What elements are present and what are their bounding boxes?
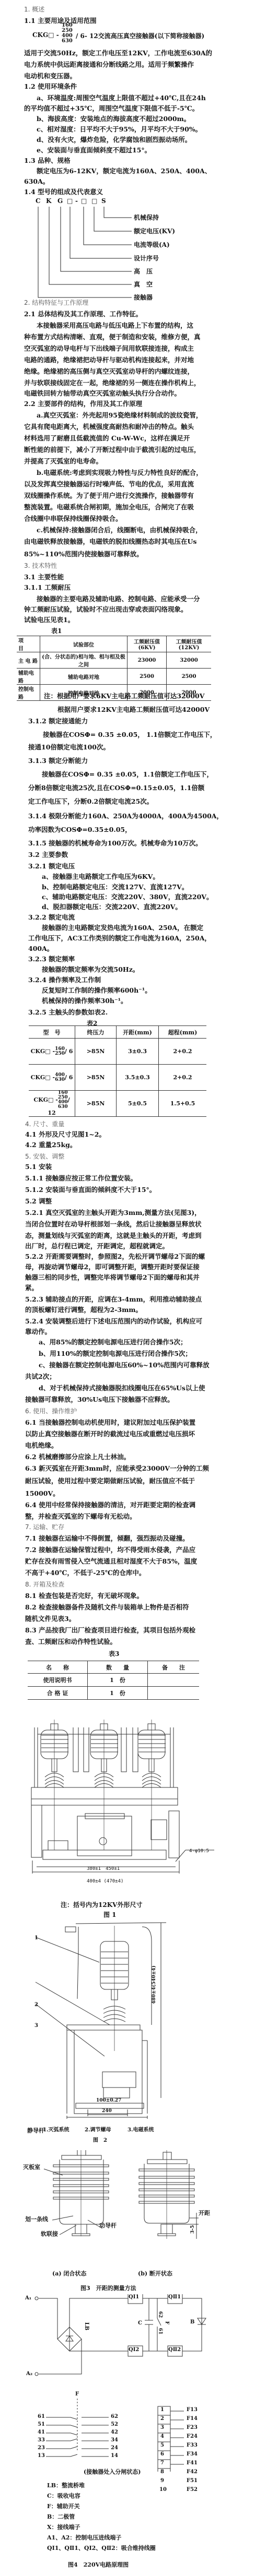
table-cell: 23000 xyxy=(128,652,167,669)
table-header: 名 称 xyxy=(28,1661,88,1674)
table-header: 工频耐压值(6KV) xyxy=(128,636,167,652)
terminal-label: F24 xyxy=(187,2434,198,2439)
node-q21: QⅡ1 xyxy=(168,2294,181,2300)
terminal-number: 1 xyxy=(160,2407,164,2413)
dimension-label: 240 xyxy=(102,2108,112,2114)
paragraph-line: 以防止真空接触器在断开时的截流过电压或重燃过电压损坏 xyxy=(25,1430,195,1438)
figure-2-label: 2 xyxy=(34,2002,38,2008)
terminal-label: F14 xyxy=(187,2416,198,2422)
node-q22: QⅡ2 xyxy=(168,2347,181,2353)
table-header: 数 量 xyxy=(88,1661,148,1674)
paragraph-line: 随机文件见表3。 xyxy=(25,1615,75,1623)
dimension-label: 4-φ10.5 xyxy=(189,1848,209,1854)
paragraph-line: 接通10倍额定电流100次。 xyxy=(28,743,110,752)
section-3-2-5-title: 3.2.5 主触头的参数如表2. xyxy=(28,1008,108,1017)
table-row: CKG□ -400630/ 6 >85N 3.5±0.3 2+0.2 xyxy=(29,1065,206,1091)
paragraph-line: 8.3 产品按我厂出厂检查项目进行检查，其项目包括外观检 xyxy=(25,1626,195,1635)
table-row: CKG□ -160250400630/ 12 >85N 5±0.5 1.5+0.… xyxy=(29,1091,206,1117)
dimension-label: 380±1 450±1 xyxy=(87,1865,120,1871)
test-item: 共试2次； xyxy=(25,1373,56,1381)
contact-label: 24 xyxy=(111,2445,118,2451)
paragraph-line: 3.1.5 接触器的机械寿命为100万次。机械寿命为10万次。 xyxy=(28,839,202,848)
paragraph-line: 6.1 当接触器控制电动机使用时，建议附加过电压保护装置 xyxy=(25,1418,195,1427)
test-item: c、接触器在额定控制电源电压60%~10%范围内可靠释放 xyxy=(39,1361,210,1369)
table1: 项 目 试验部位 工频耐压值(6KV) 工频耐压值(12KV) 主 电 路 (合… xyxy=(17,636,211,701)
code-label: 设计序号 xyxy=(134,254,159,263)
paragraph-line: d、脱扣器额定电压：交流220V、直流220V。 xyxy=(42,903,182,911)
section-3-1-2-title: 3.1.2 额定接通能力 xyxy=(28,717,88,725)
paragraph-line: 7.2 接触器在运输保管过程中，均不得受雨水侵袭，产品应 xyxy=(25,1546,195,1554)
terminal-label: F34 xyxy=(187,2451,198,2457)
figure-2-legend: 3.电磁系统 xyxy=(128,2125,154,2133)
node-lb: LB xyxy=(84,2322,89,2330)
terminal-number: 8 xyxy=(160,2469,164,2475)
voltage: 6 xyxy=(69,1074,73,1081)
table-cell: 主 电 路 xyxy=(17,652,40,669)
table-cell: 2500 xyxy=(128,669,167,685)
paragraph-line: 5.1.1 接触器应按正常工作位置安装。 xyxy=(25,1174,137,1183)
terminal-number: 4 xyxy=(160,2434,164,2439)
paragraph-line: 5.2.1 真空灭弧室的主触头开距为3mm,测量方法(见图3)， xyxy=(25,1209,201,1217)
code-label: 额定电压(KV) xyxy=(134,226,175,235)
contact-label: 34 xyxy=(111,2437,118,2443)
contact-label: 23 xyxy=(38,2445,45,2451)
table-cell: 3±0.3 xyxy=(117,1039,159,1065)
figure-3-subcaption: (a) 闭合状态 xyxy=(52,2269,86,2277)
table-header: 开距(mm) xyxy=(117,1026,159,1039)
figure-3-label: 划一条线 xyxy=(25,2215,48,2223)
figure-4-state: (接触器处入分闸状态) xyxy=(84,2467,141,2476)
current: 630 xyxy=(55,1077,65,1082)
paragraph-line: 断性能的前提下，减小了开断过程中由于截流引起的过电压， xyxy=(24,446,201,454)
spec-line: 630A。 xyxy=(24,177,49,186)
dimension-label: 480±4(540±4) xyxy=(152,1965,157,2004)
paragraph-line: 由电磁铁释放接触器，电磁铁的脱扣线圈热态时其电压在Us xyxy=(24,538,196,546)
terminal-label: F23 xyxy=(187,2425,198,2430)
paragraph-line: 并与软联接线固定在一起，绝缘裙的另一侧连在操作机构上， xyxy=(24,379,201,387)
paragraph-line: 15000V。 xyxy=(25,1489,60,1498)
paragraph-line: 机械保持的操作频率30h⁻¹。 xyxy=(42,997,128,1005)
paragraph-line: 5.2.4 安装调整后进行下述电压范围内的动作试验，机构应可 xyxy=(25,1317,202,1326)
table2: 型 号 终压力 开距(mm) 超程(mm) CKG□ -160250/ 6 >8… xyxy=(29,1025,206,1117)
terminal-number: 7 xyxy=(160,2460,164,2466)
table3-caption: 表3 xyxy=(109,1649,119,1658)
paragraph-line: 的顶板螺钉进行调整，超程为2-3mm。 xyxy=(25,1306,142,1314)
contact-label: 33 xyxy=(38,2437,45,2443)
paragraph-line: 电磁铁回转方轴带动真空灭弧室动触头执行分合动作。 xyxy=(24,389,181,398)
section-5-title: 5. 安装、调整 xyxy=(25,1152,64,1161)
table-cell: >85N xyxy=(75,1039,117,1065)
paragraph-line: 紧。 xyxy=(25,1284,38,1292)
table-cell: 32000 xyxy=(167,652,212,669)
section-3-1-3-title: 3.1.3 额定分断能力 xyxy=(28,757,88,765)
paragraph-line: 8.1 检查包装是否完好，有无破坏现象。 xyxy=(25,1592,143,1600)
paragraph-line: 功率因数为COSΦ=0.35±0.05， xyxy=(28,826,132,834)
paragraph-line: 母，再旋动调节螺母2，即可调整开距，调整开距时要保证接 xyxy=(25,1263,200,1271)
paragraph-line: 态，测量划线与灭弧室的距离，这就是主触头的开距，考虑到 xyxy=(25,1232,202,1240)
terminal-number: 10 xyxy=(159,2487,167,2492)
table-cell: 3.5±0.3 xyxy=(117,1065,159,1091)
contact-label: 42 xyxy=(111,2429,118,2435)
code-label: 电流等级(A) xyxy=(134,240,170,249)
current: 250 xyxy=(55,1051,65,1056)
figure-3-label: 3-5 xyxy=(190,2225,195,2234)
table-cell: 2500 xyxy=(167,669,212,685)
section-7-title: 7. 运输、贮存 xyxy=(25,1523,64,1531)
legend-item: B：二极管 xyxy=(47,2512,75,2521)
section-3-2-1-title: 3.2.1 额定电压 xyxy=(28,862,75,870)
figure-2-legend: 2.调节螺母 xyxy=(85,2125,111,2133)
env-line: 的平均值不超过+35℃，周围空气温度下限值不低于-5℃。 xyxy=(24,104,199,113)
figure-4-caption: 图4 220V电路原理图 xyxy=(68,2560,129,2569)
paragraph-line: 钟工频耐压试验，试验时不应出现击穿或表面闪络现象。 xyxy=(24,605,188,614)
paragraph-line: 材料选用了耐磨且低截流值的 Cu-W-Wc，这样在满足开 xyxy=(24,434,190,443)
contact-label: 14 xyxy=(111,2453,118,2459)
model-current: 630 xyxy=(62,39,73,44)
model-suffix: / 6- 12交流高压真空接触器(以下简称接触器) xyxy=(76,31,204,40)
paragraph-line: 85%~110%范围内使接触器可靠释放。 xyxy=(24,550,143,558)
table-header: 终压力 xyxy=(75,1026,117,1039)
code-leader-lines xyxy=(0,198,255,303)
contact-label: 41 xyxy=(38,2429,45,2435)
table-row: CKG□ -160250/ 6 >85N 3±0.3 2+0.2 xyxy=(29,1039,206,1065)
figure-2-caption: 图 2 xyxy=(93,2136,107,2143)
paragraph-line: 贮存在没有雨雪侵入空气流通且相对湿度不大于85%，温度 xyxy=(25,1557,197,1566)
paragraph-line: 接触器的额定频率为交流50Hz。 xyxy=(42,965,139,974)
section-1-1-title: 1.1 主要用途及适用范围 xyxy=(24,17,97,25)
env-line: a、环境温度:周围空气温度上限值不超过+40℃,且在24h xyxy=(37,94,206,102)
paragraph-line: 3.1.4 极限分断能力160A、250A为4000A，400A为4500A， xyxy=(28,812,223,820)
section-1-title: 1. 概述 xyxy=(24,5,44,14)
table-row: 合 格 证 1 份 xyxy=(28,1687,199,1700)
node-b: B xyxy=(190,2319,194,2325)
table-header: 工频耐压值(12KV) xyxy=(167,636,212,652)
paragraph-line: 不高于+40℃，不低于-25℃的仓库中。 xyxy=(25,1569,145,1577)
paragraph-line: 电路的通路，绝缘裙把动导杆与驱动机构连接起来，并对地 xyxy=(24,356,194,364)
terminal-label: F13 xyxy=(187,2407,198,2413)
paragraph-line: 电力系统中供远距离接通和分断线路之用。适用于频繁操作 xyxy=(24,61,194,69)
figure-3-label: 动导杆 xyxy=(99,2221,117,2229)
paragraph-line: 它具有爬电距离大，机械强度高耐热和耐冲击的特点。触头 xyxy=(24,423,194,431)
paragraph-line: 接触器在COSΦ= 0.35 ±0.05， 1.1倍额定工作电压下， xyxy=(43,731,216,739)
paragraph-line: 电动机和变压器。 xyxy=(24,72,76,80)
paragraph-line: 5.2.2 开距需要调整时，参照图2，先松开调节螺母2下面的螺 xyxy=(25,1253,205,1261)
table-cell: 2+0.2 xyxy=(159,1039,207,1065)
paragraph-line: b、控制电路额定电压：交流127V、直流127V。 xyxy=(42,883,188,891)
figure-3-caption: 图3 开距的测量方法 xyxy=(80,2284,136,2292)
terminal-number: 6 xyxy=(160,2451,164,2457)
node-q12: QⅠ2 xyxy=(129,2347,139,2353)
table-cell: 1 份 xyxy=(88,1674,148,1687)
table-header: 试验部位 xyxy=(40,636,128,652)
section-3-2-3-title: 3.2.3 额定频率 xyxy=(28,955,75,963)
paragraph-line: 绝缘。绝缘裙的高压侧与真空灭弧室动导杆的内螺纹连接， xyxy=(24,367,194,376)
paragraph-line: 当闭合位置时在动导杆根部划一条线，然后让接触器呈释放状 xyxy=(25,1220,202,1229)
dimension-label: 400±4 (470±4) xyxy=(87,1879,123,1884)
contact-label: 51 xyxy=(38,2422,45,2427)
table-header: 型 号 xyxy=(29,1026,75,1039)
model-prefix: CKG□ - xyxy=(32,31,59,39)
paragraph-line: 6.2 机械磨擦部分应涂上凡士林油。 xyxy=(25,1453,130,1461)
figure-1-caption: 图 1 xyxy=(103,1910,117,1919)
test-item: d、对于机械保持式接触器脱扣线圈电压在65%Us以上使 xyxy=(39,1384,205,1392)
legend-item: QⅠ1、QⅡ1、QⅠ2、QⅡ2：吸合维持线圈 xyxy=(47,2544,156,2552)
paragraph-line: 定工作电压下，分断0.2倍额定电流25次。 xyxy=(28,797,153,806)
section-6-title: 6. 使用、操作维护 xyxy=(25,1407,77,1415)
section-5-1-title: 5.1 安装 xyxy=(25,1163,52,1171)
paragraph-line: 电机绝缘。 xyxy=(25,1441,58,1450)
terminal-number: 3 xyxy=(160,2425,164,2430)
legend-item: LB：整流桥堆 xyxy=(47,2481,85,2489)
voltage: 6 xyxy=(69,1048,73,1055)
legend-item: A1、A2：控制电压进线端子 xyxy=(47,2533,121,2542)
table-cell: (合、分状态的)相与地、相与相及极之间 xyxy=(40,652,128,669)
test-item: a、用85%的额定控制电源电压进行闭合操作5次； xyxy=(39,1338,187,1346)
paragraph-line: 接触器在COSΦ= 0.35 ±0.05，1.1倍额定工作电压下， xyxy=(42,770,213,779)
test-item: 接触器可靠释放，30%Us电压下接触器不应释放。 xyxy=(25,1396,174,1404)
dimension-label: 100±0.27 xyxy=(96,2098,121,2103)
paragraph-line: 接触器的主要电路及辅助电路、控制电路、应能承受一分 xyxy=(37,595,200,603)
node-62: 62 xyxy=(157,2311,163,2318)
paragraph-line: 本接触器采用高压电路与低压电路上下布置的结构，这 xyxy=(37,321,193,330)
model-cell: CKG□ -400630/ 6 xyxy=(29,1065,75,1091)
note-line: 根据用户要求12KV主电路工频耐压值可达42000V xyxy=(57,706,210,714)
section-3-title: 3. 技术特性 xyxy=(24,562,57,570)
table-header: 项 目 xyxy=(17,636,40,652)
paragraph-line: c、辅助电路额定电压：交流220V、380V，直流220V。 xyxy=(42,893,213,901)
paragraph-line: b.电磁系统:考虑到实现吸力特性与反力特性良好的配合， xyxy=(37,469,203,477)
terminal-label: F52 xyxy=(187,2487,198,2492)
table1-caption: 表1 xyxy=(51,626,62,635)
figure-3-label: 软联接 xyxy=(41,2229,58,2238)
paragraph-line: 合线圈中串联保持线圈保持吸合。 xyxy=(24,515,122,523)
paragraph-line: 8.2 检查接触器备件及随机文件与装箱单上物件是否相符 xyxy=(25,1603,189,1612)
paragraph-line: 7.1 接触器在运输中不得倒置，倾翻，强烈振动及碰撞。 xyxy=(25,1534,189,1543)
section-8-title: 8. 开箱及检查 xyxy=(25,1580,64,1589)
paragraph-line: 出厂时，总行程已调定，开距调定，超程就调定。 xyxy=(25,1242,169,1250)
terminal-number: 5 xyxy=(160,2442,164,2448)
table-cell: >85N xyxy=(75,1091,117,1117)
contact-label: 13 xyxy=(38,2453,45,2459)
paragraph-line: 接触器的主电路额定发热电流为160A、250A，在额定 xyxy=(42,924,203,932)
section-1-3-title: 1.3 品种、规格 xyxy=(24,157,71,165)
paragraph-line: 触器三相的同步性，调整完毕将调节螺母2下面的螺母和其并 xyxy=(25,1273,200,1282)
dimension-line-240 xyxy=(0,2115,255,2120)
paragraph-line: 以及发挥真空接触器运行时噪声低、节电的优点，采用直流 xyxy=(24,480,194,488)
terminal-label: F33 xyxy=(187,2442,198,2448)
paragraph-line: 400A。 xyxy=(28,945,53,953)
paragraph-line: 靠动作。 xyxy=(25,1328,51,1336)
code-label: 高 压 xyxy=(134,267,153,276)
contact-label: 62 xyxy=(111,2414,118,2419)
figure-3-subcaption: (b) 断开状态 xyxy=(138,2269,172,2277)
model-name: CKG□ xyxy=(31,1048,51,1055)
figure-2-label: 3 xyxy=(34,2023,38,2029)
terminal-label: F41 xyxy=(187,2460,198,2466)
figure-3-label: 开距 xyxy=(199,2209,210,2217)
paragraph-line: 适用于交流50Hz，额定工作电压至12KV，工作电流至630A的 xyxy=(24,49,212,57)
aux-switch-f-label: F xyxy=(75,2391,79,2397)
section-3-1-title: 3.1 主要性能 xyxy=(24,573,64,581)
paragraph-line: 并提高了灭弧室的电寿命。 xyxy=(24,457,102,466)
terminal-label: F42 xyxy=(187,2469,198,2475)
section-2-2-title: 2.2 主要部件的结构，作用及其工作原理 xyxy=(24,400,142,408)
legend-item: C：吸收电容 xyxy=(47,2491,80,2500)
paragraph-line: 耐压试验，使用过程中要定期做耐压试验，耐压值应不低于 xyxy=(25,1477,195,1485)
paragraph-line: c.机械保持:接触器闭合后，线圈断电，由机械保持吸合， xyxy=(37,526,202,534)
figure-3-label: 静导杆 xyxy=(27,2126,44,2134)
code-label: 真 空 xyxy=(134,280,153,289)
code-label: 机械保持 xyxy=(134,213,159,222)
model-name: CKG□ xyxy=(31,1074,51,1081)
figure-2-side-view xyxy=(0,1921,255,2119)
table-cell xyxy=(148,1674,200,1687)
terminal-number: 2 xyxy=(160,2416,164,2422)
table-header: 备 注 xyxy=(148,1661,200,1674)
section-2-title: 2. 结构特征与工作原理 xyxy=(24,299,88,307)
terminal-label: F51 xyxy=(187,2478,198,2484)
paragraph-line: 空灭弧室的动导电杆与下出线端子间用软联接连接，构成主 xyxy=(24,344,194,353)
section-1-2-title: 1.2 使用环境条件 xyxy=(24,82,77,91)
section-3-2-title: 3.2 主要参数 xyxy=(28,851,68,859)
env-line: e、安装面与垂直面倾斜度不超过15°。 xyxy=(37,146,151,154)
env-line: c、相对湿度：日平均不大于95%，月平均不大于90%。 xyxy=(37,125,202,134)
terminal-number: 9 xyxy=(160,2478,164,2484)
paragraph-line: 6.3 新灭弧室在开距3mm时，应能承受23000V一分钟的工频 xyxy=(25,1464,209,1473)
table-cell: 辅助电路 xyxy=(17,669,40,685)
model-cell: CKG□ -160250400630/ 12 xyxy=(29,1091,75,1117)
paragraph-line: 反复短时工作制的操作频率600h⁻¹。 xyxy=(42,986,152,995)
node-f: F xyxy=(164,2321,169,2324)
model-currents: 160 250 400 630 xyxy=(62,23,73,44)
contact-label: 52 xyxy=(111,2422,118,2427)
figure-3-label: 灭板室 xyxy=(23,2163,40,2171)
paragraph-line: 种布置方式结构清晰、直观，便于制造和安装，维修方便，真 xyxy=(24,333,201,341)
spec-line: 额定电压为6-12KV，额定电流为160A、250A、400A、 xyxy=(37,167,211,175)
node-q11: QⅠ1 xyxy=(129,2294,139,2300)
paragraph-line: 工作电压下，AC3工作类别的额定工作电流为160A，250A， xyxy=(28,934,211,943)
legend-item: F：辅助开关 xyxy=(47,2502,80,2510)
paragraph-line: 查、工频耐压和动作特性试验。 xyxy=(25,1638,117,1646)
table-row: 主 电 路 (合、分状态的)相与地、相与相及极之间 23000 32000 xyxy=(17,652,211,669)
node-61: 61 xyxy=(157,2328,163,2335)
table-cell xyxy=(148,1687,200,1700)
paragraph-line: 双线圈操作系统。为了便于用户进行交流操作，接触器带有 xyxy=(24,492,194,500)
paragraph-line: a、接触器主电路额定工作电压为6KV。 xyxy=(42,873,159,881)
section-4-2: 4.2 重量25kg。 xyxy=(25,1141,76,1149)
table-cell: >85N xyxy=(75,1065,117,1091)
section-5-2-title: 5.2 调整 xyxy=(25,1197,52,1206)
table-cell: 2+0.2 xyxy=(159,1065,207,1091)
section-2-1-title: 2.1 总体结构及其工作原理、工作特征。 xyxy=(24,310,142,318)
table-cell: 控制电路 xyxy=(17,685,40,701)
section-4-title: 4. 尺寸、重量 xyxy=(25,1120,64,1128)
figure-1-note: 注：括号内为12KV外形尺寸 xyxy=(61,1900,142,1909)
table-cell: 5±0.5 xyxy=(117,1091,159,1117)
model-name: CKG□ xyxy=(33,1096,53,1103)
paragraph-line: a.真空灭弧室：外壳起用95瓷绝缘材料制成的波纹瓷管， xyxy=(37,411,202,420)
model-cell: CKG□ -160250/ 6 xyxy=(29,1039,75,1065)
paragraph-line: 整流装置。电磁系统合闸初期，施加全电压，合闸完了在吸 xyxy=(24,503,194,511)
section-4-1: 4.1 外形及尺寸见图1~2。 xyxy=(25,1130,106,1139)
node-a2: A₂ xyxy=(26,2371,32,2377)
section-1-4-title: 1.4 型号的组成及代表意义 xyxy=(24,188,103,196)
voltage: 12 xyxy=(48,1110,55,1116)
section-3-2-2-title: 3.2.2 额定电流 xyxy=(28,913,75,922)
table3: 名 称 数 量 备 注 使用说明书 1 份 合 格 证 1 份 xyxy=(28,1661,199,1700)
table-cell: 辅助电路对地 xyxy=(40,669,128,685)
code-label: 接触器 xyxy=(134,293,153,302)
table-cell: 使用说明书 xyxy=(28,1674,88,1687)
paragraph-line: 6.4 使用中经常保持接触器的清洁，对开距要定期的检查调 xyxy=(25,1501,195,1509)
env-line: d、没有火灾，爆炸危险，化学腐蚀和剧烈振动场所。 xyxy=(37,136,191,144)
env-line: b、海拔高度：安装地点的海拔高度不超过2000m。 xyxy=(37,115,190,123)
table-cell: 1 份 xyxy=(88,1687,148,1700)
test-item: b、用110%的额定控制电源电压进行闭合操作5次； xyxy=(39,1350,192,1358)
note-line: 注：根据用户要求6KV主电路工频耐压值可达32000V xyxy=(44,692,204,700)
figure-2-legend: 1.灭弧系统 xyxy=(43,2125,69,2133)
paragraph-line: 整，并检查灭弧室的下螺母有无松动。 xyxy=(25,1512,136,1521)
node-a1: A₁ xyxy=(25,2295,31,2301)
node-c: C xyxy=(138,2320,142,2326)
table-row: 使用说明书 1 份 xyxy=(28,1674,199,1687)
figure-1-front-view xyxy=(0,1704,255,1876)
paragraph-line: 分断8倍额定电流25次,且在COSΦ=0.15±0.05，1.1倍额 xyxy=(28,784,204,792)
section-3-1-1-title: 3.1.1 工频耐压 xyxy=(24,583,71,592)
table-cell: 1.5+0.5 xyxy=(159,1091,207,1117)
paragraph-line: 5.2.3 辅助接点的开距，应调在3-4mm，利用推动辅助接点 xyxy=(25,1295,202,1304)
current: 630 xyxy=(58,1104,68,1110)
contact-label: 61 xyxy=(38,2414,45,2419)
table-row: 辅助电路 辅助电路对地 2500 2500 xyxy=(17,669,211,685)
paragraph-line: 试验电压见表1。 xyxy=(24,616,74,624)
pole xyxy=(41,1720,68,1850)
figure-2-label: 1 xyxy=(34,1935,38,1941)
section-3-2-4-title: 3.2.4 操作频率及工作制 xyxy=(28,976,101,984)
legend-item: X：接线端子 xyxy=(47,2523,80,2531)
table-cell: 合 格 证 xyxy=(28,1687,88,1700)
paragraph-line: 5.1.2 安装面与垂直面的倾斜度不大于15°。 xyxy=(25,1186,156,1194)
table-header: 超程(mm) xyxy=(159,1026,207,1039)
